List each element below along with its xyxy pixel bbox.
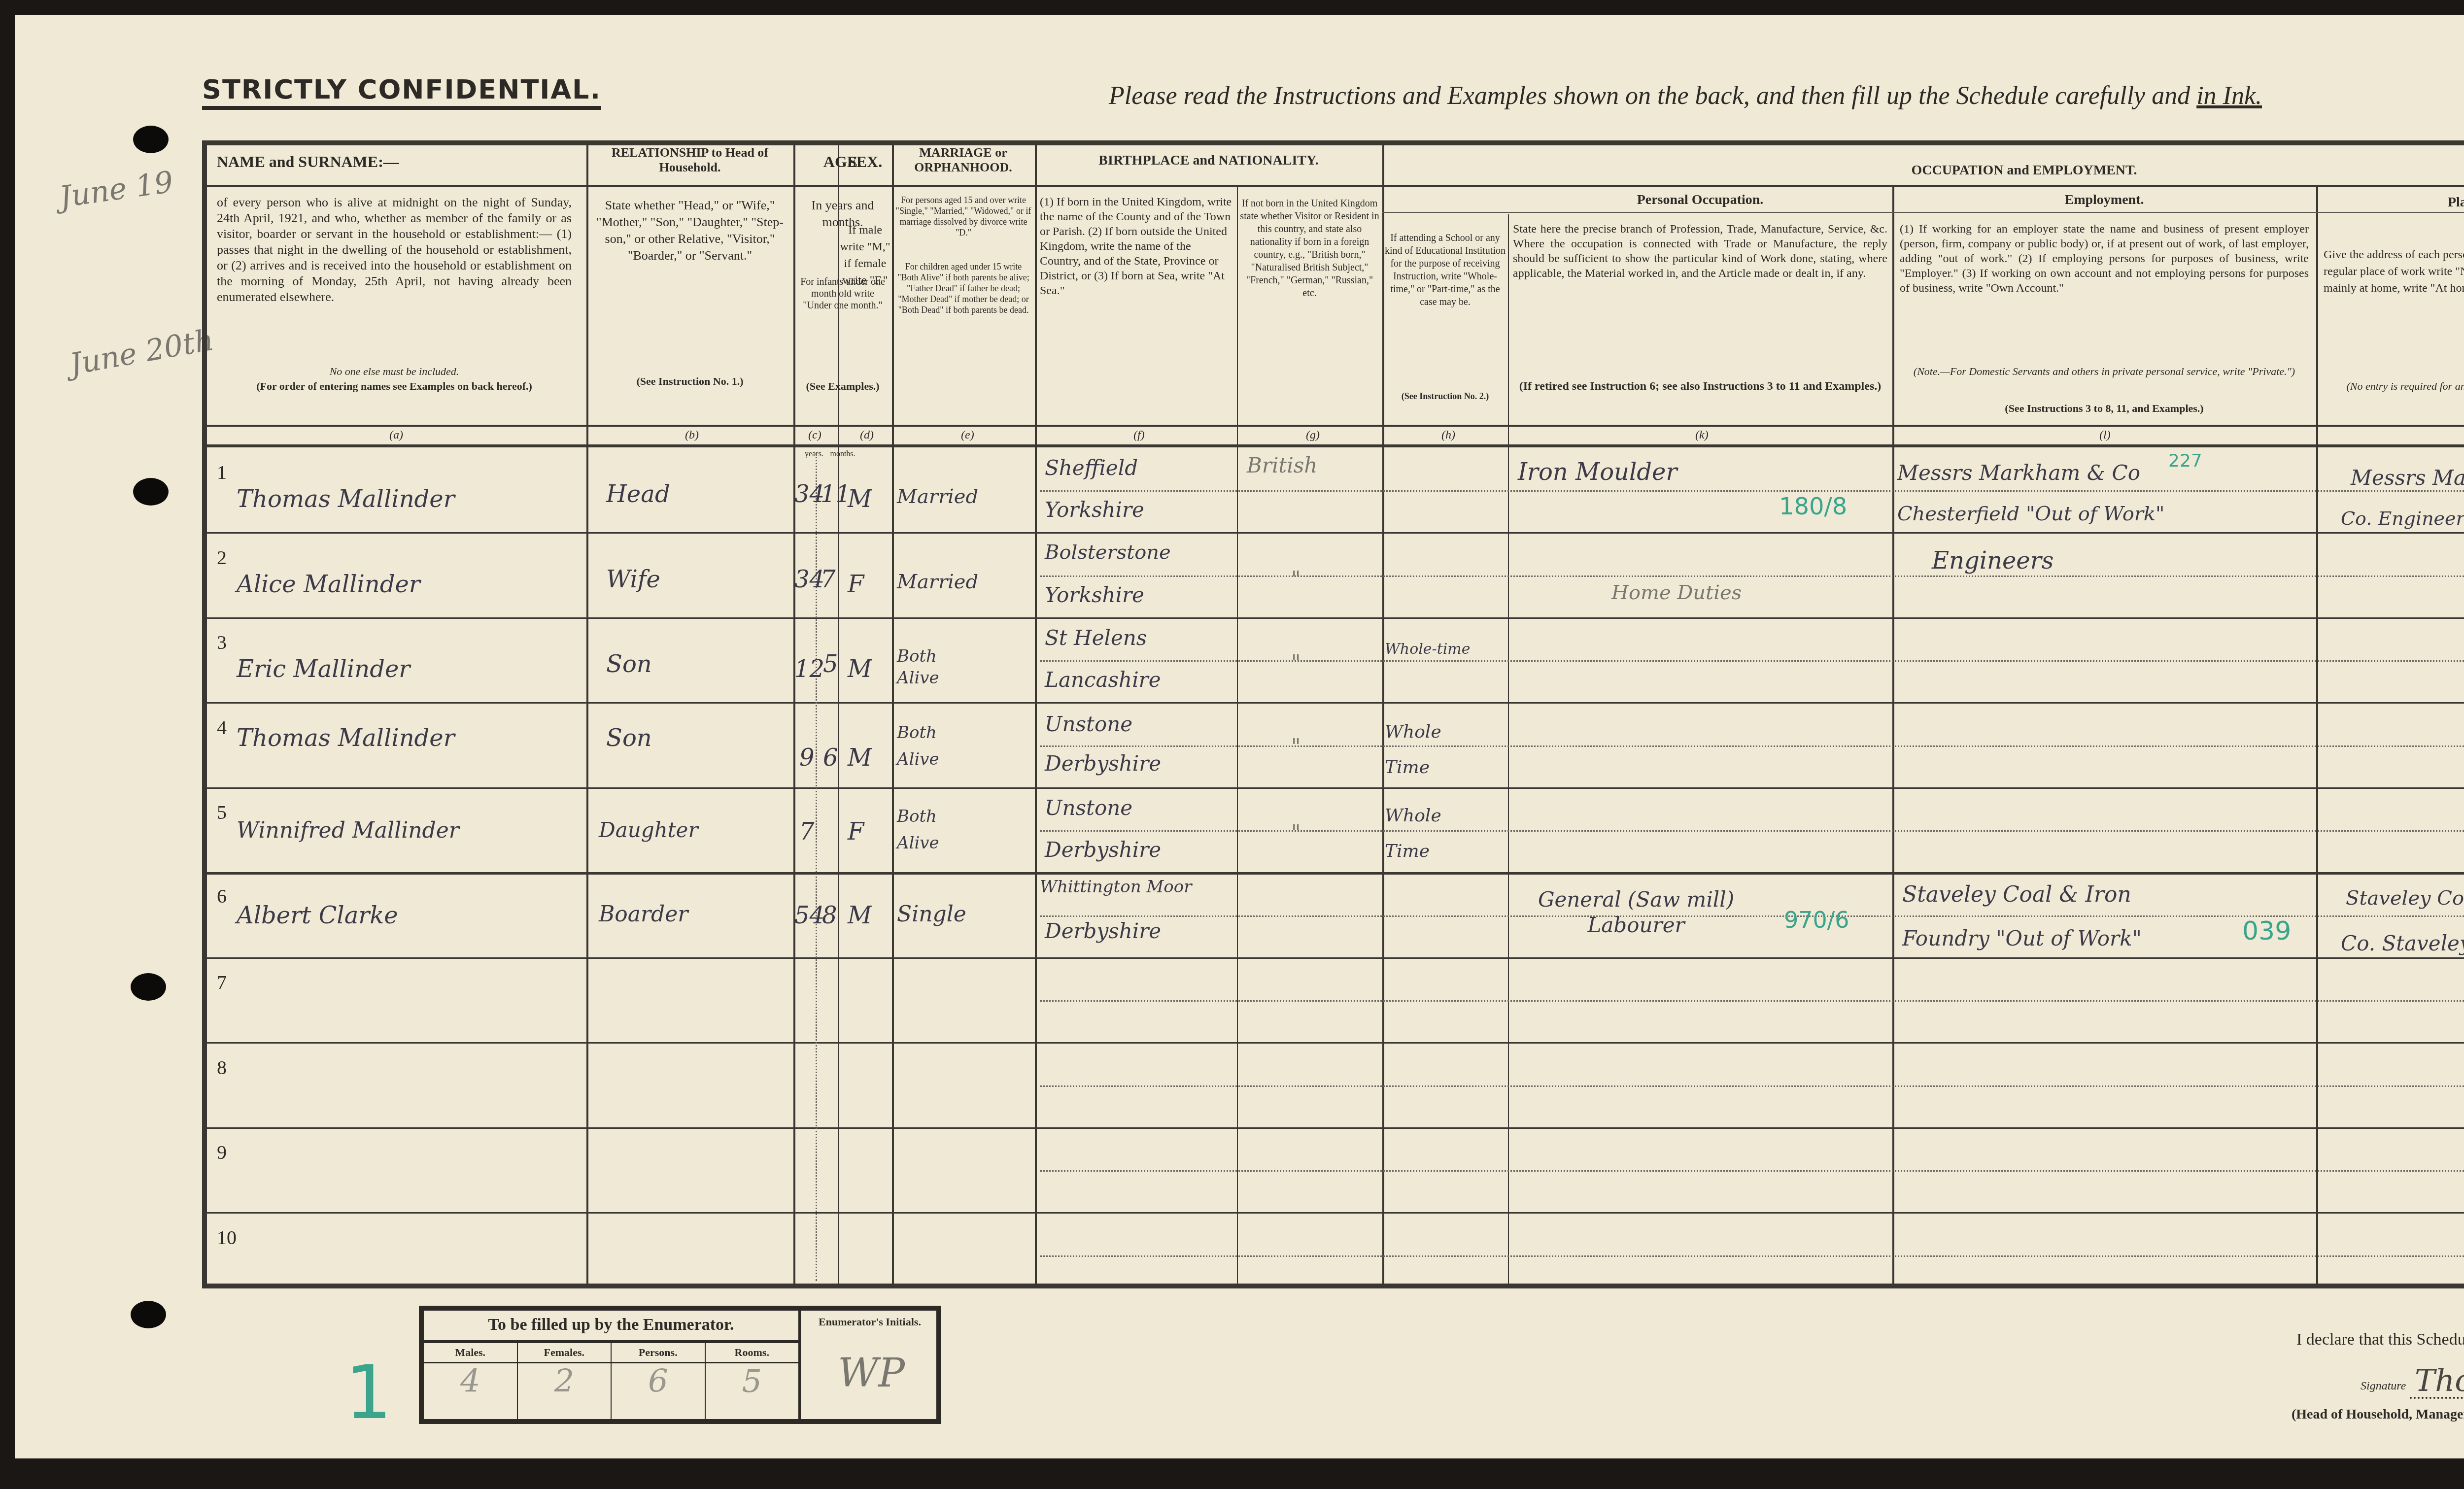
declaration-text: I declare that this Schedule is correctl… [2296,1330,2464,1349]
age-years: 54 [794,902,824,929]
row-number: 2 [217,546,227,569]
col-divider [1508,214,1509,1284]
row-midline [1040,660,2464,662]
col-a-body: of every person who is alive at midnight… [217,195,572,305]
employment-line1: Staveley Coal & Iron [1902,882,2131,907]
nationality: " [1291,567,1300,591]
col-divider [586,145,588,1284]
age-months: 5 [823,650,838,678]
females-value: 2 [518,1363,611,1400]
row-midline [1040,1000,2464,1002]
col-b-footer: (See Instruction No. 1.) [591,374,788,388]
age-months: 7 [821,566,836,593]
col-divider [1237,187,1238,1284]
nationality: " [1291,650,1300,675]
header-rule [207,425,2464,427]
males-label: Males. [424,1343,517,1363]
punch-hole-icon [133,126,169,153]
education: Whole Time [1385,798,1444,869]
marriage: Both Alive [897,719,961,773]
education: Whole Time [1385,714,1444,785]
sex: F [848,818,864,846]
col-letter-k: (k) [1695,429,1709,442]
birthplace-title: BIRTHPLACE and NATIONALITY. [1035,153,1382,169]
row-rule [207,872,2464,875]
birthplace-line1: Unstone [1045,712,1132,736]
col-a-title: NAME and SURNAME:— [217,153,562,171]
occupation: Iron Moulder [1518,458,1677,486]
sex: M [848,485,872,513]
nationality: " [1291,820,1300,845]
birthplace-line2: Derbyshire [1045,751,1161,776]
header-rule [1382,212,2464,213]
relationship: Boarder [599,902,688,927]
marriage: Married [897,485,978,508]
col-divider [2316,187,2318,1284]
birthplace-line2: Derbyshire [1045,838,1161,862]
row-number: 8 [217,1056,227,1079]
place-of-work-line1: Staveley Coal & Iron [2346,887,2464,910]
age-years: 34 [794,480,824,508]
col-letter-g: (g) [1306,429,1320,442]
employment-line2: Foundry "Out of Work" [1902,926,2142,950]
enumerator-counts: Males.4 Females.2 Persons.6 Rooms.5 [424,1343,798,1419]
col-k-body: State here the precise branch of Profess… [1513,222,1887,281]
occupation: Home Duties [1611,581,1742,604]
birthplace-line1: Unstone [1045,796,1132,820]
birthplace-line1: Bolsterstone [1045,541,1171,564]
persons-label: Persons. [612,1343,705,1363]
nationality: " [1291,734,1300,758]
row-rule [207,957,2464,959]
age-months: 11 [821,480,851,508]
row-midline [1040,830,2464,832]
relationship: Wife [606,566,660,593]
row-rule [207,702,2464,704]
age-years: 9 [799,744,815,772]
row-rule [207,617,2464,619]
marriage: Both Alive [897,645,961,689]
row-rule [207,532,2464,534]
col-letter-c: (c) [808,429,821,442]
age-years: 34 [794,566,824,593]
signature-value: Thomas Mallinder [2415,1362,2464,1398]
col-a-footer: (For order of entering names see Example… [217,379,572,393]
instructions-ink-text: in Ink. [2196,82,2262,110]
col-g-body: If not born in the United Kingdom state … [1239,197,1380,300]
sex: M [848,902,872,929]
col-divider [1892,187,1894,1284]
birthplace-line2: Yorkshire [1045,583,1144,607]
rooms-value: 5 [706,1363,799,1400]
employment-code: 227 [2168,451,2202,471]
row-rule [207,1042,2464,1044]
enumerator-box: To be filled up by the Enumerator. Enume… [419,1306,941,1424]
row-midline [1040,1255,2464,1257]
col-l-note: (Note.—For Domestic Servants and others … [1900,365,2309,378]
col-h-footer: (See Instruction No. 2.) [1385,389,1506,403]
strictly-confidential-heading: STRICTLY CONFIDENTIAL. [202,74,601,110]
row-midline [1040,490,2464,492]
enumerator-box-divider [798,1311,801,1419]
margin-note-1: 1 [345,1350,392,1436]
age-months-subheading: months. [818,446,867,463]
age-years: 12 [794,655,824,683]
row-number: 9 [217,1141,227,1164]
col-letter-f: (f) [1133,429,1145,442]
col-f-body: (1) If born in the United Kingdom, write… [1040,195,1234,298]
row-midline [1040,745,2464,747]
col-divider [892,145,894,1284]
females-cell: Females.2 [518,1343,612,1419]
col-l-body: (1) If working for an employer state the… [1900,222,2309,296]
occupation: General (Saw mill) Labourer [1508,887,1764,938]
col-a-note: No one else must be included. [217,365,572,378]
header-rule [1035,185,2464,187]
row-number: 5 [217,801,227,824]
nationality: British [1247,453,1317,477]
persons-cell: Persons.6 [612,1343,706,1419]
rooms-cell: Rooms.5 [706,1343,799,1419]
females-label: Females. [518,1343,611,1363]
col-letter-l: (l) [2099,429,2111,442]
col-divider [793,145,795,1284]
sex: F [848,571,864,598]
instructions-banner: Please read the Instructions and Example… [1109,81,2262,110]
person-name: Albert Clarke [237,902,398,929]
enumerator-box-title: To be filled up by the Enumerator. [424,1316,798,1334]
row-rule [207,1212,2464,1214]
occupation-code: 180/8 [1779,493,1847,520]
place-of-work-line2: Co. Engineers Chesterfield [2341,508,2464,529]
row-midline [1040,575,2464,577]
col-letter-b: (b) [685,429,699,442]
col-l-footer: (See Instructions 3 to 8, 11, and Exampl… [1900,402,2309,415]
row-number: 1 [217,461,227,484]
marriage: Married [897,571,978,593]
col-c-footer: (See Examples.) [796,379,890,393]
person-name: Eric Mallinder [237,655,410,683]
education: Whole-time [1385,641,1471,658]
relationship: Head [606,480,670,508]
row-midline [1040,1170,2464,1172]
sex: M [848,744,872,772]
birthplace-line1: St Helens [1045,626,1147,650]
signature-label: Signature [2361,1380,2406,1393]
col-divider [838,145,839,1284]
col-e-title: MARRIAGE or ORPHANHOOD. [893,145,1033,175]
age-years: 7 [799,818,815,846]
col-l-title: Employment. [1892,192,2316,208]
age-months: 8 [822,902,837,929]
relationship: Son [606,724,652,752]
enumerator-initials-value: WP [838,1350,905,1396]
row-rule [207,1127,2464,1129]
row-number: 4 [217,716,227,739]
col-e-note: For children aged under 15 write "Both A… [894,261,1032,315]
place-of-work-line2: Co. Staveley [2341,931,2464,955]
header-rule [207,444,2464,447]
punch-hole-icon [131,1301,166,1328]
age-months: 6 [823,744,838,772]
persons-value: 6 [612,1363,705,1400]
row-rule [207,787,2464,789]
col-k-title: Personal Occupation. [1508,192,1892,208]
row-number: 6 [217,884,227,908]
enumerator-initials-label: Enumerator's Initials. [803,1316,936,1328]
relationship: Son [606,650,652,678]
col-m-note: (No entry is required for any person who… [2324,379,2464,393]
birthplace-line2: Lancashire [1045,668,1161,692]
birthplace-line2: Derbyshire [1045,919,1161,943]
punch-hole-icon [131,973,166,1001]
col-b-body: State whether "Head," or "Wife," "Mother… [591,197,788,264]
col-m-body: Give the address of each person's place … [2324,246,2464,297]
males-cell: Males.4 [424,1343,518,1419]
marriage: Single [897,902,966,927]
col-letter-e: (e) [961,429,974,442]
employment-line1: Engineers [1932,547,2053,575]
row-midline [1040,1085,2464,1087]
birthplace-line1: Sheffield [1045,456,1138,480]
occupation-code: 970/6 [1784,907,1849,933]
col-m-title: Place of Work. [2316,195,2464,210]
person-name: Thomas Mallinder [237,724,455,752]
col-letter-a: (a) [389,429,403,442]
instructions-text: Please read the Instructions and Example… [1109,82,2196,110]
person-name: Winnifred Mallinder [237,818,459,843]
col-divider [1035,145,1037,1284]
signature-note: (Head of Household, Manager of Establish… [2292,1407,2464,1422]
col-d-title: SEX. [838,153,892,171]
col-k-footer: (If retired see Instruction 6; see also … [1513,379,1887,393]
row-number: 10 [217,1226,237,1249]
rooms-label: Rooms. [706,1343,799,1363]
row-number: 7 [217,971,227,994]
employment-line1: Messrs Markham & Co [1897,461,2140,485]
punch-hole-icon [133,478,169,506]
col-e-body: For persons aged 15 and over write "Sing… [894,195,1032,238]
col-divider [1382,145,1384,1284]
col-letter-h: (h) [1441,429,1455,442]
col-b-title: RELATIONSHIP to Head of Household. [589,145,791,175]
col-letter-d: (d) [860,429,874,442]
census-table [202,140,2464,1288]
row-number: 3 [217,631,227,654]
col-h-body: If attending a School or any kind of Edu… [1385,232,1506,308]
header-rule [207,185,1035,187]
relationship: Daughter [599,818,698,842]
birthplace-line2: Yorkshire [1045,498,1144,522]
males-value: 4 [424,1363,517,1400]
employment-line2: Chesterfield "Out of Work" [1897,503,2164,525]
col-d-body: If male write "M," if female write "F." [839,222,891,289]
person-name: Alice Mallinder [237,571,420,598]
occupation-title: OCCUPATION and EMPLOYMENT. [1382,163,2464,178]
person-name: Thomas Mallinder [237,485,455,513]
place-of-work-line1: Messrs Markham & [2351,466,2464,490]
marriage: Both Alive [897,803,961,856]
sex: M [848,655,872,683]
birthplace-line1: Whittington Moor [1040,877,1192,897]
employment-code: 039 [2242,916,2291,946]
